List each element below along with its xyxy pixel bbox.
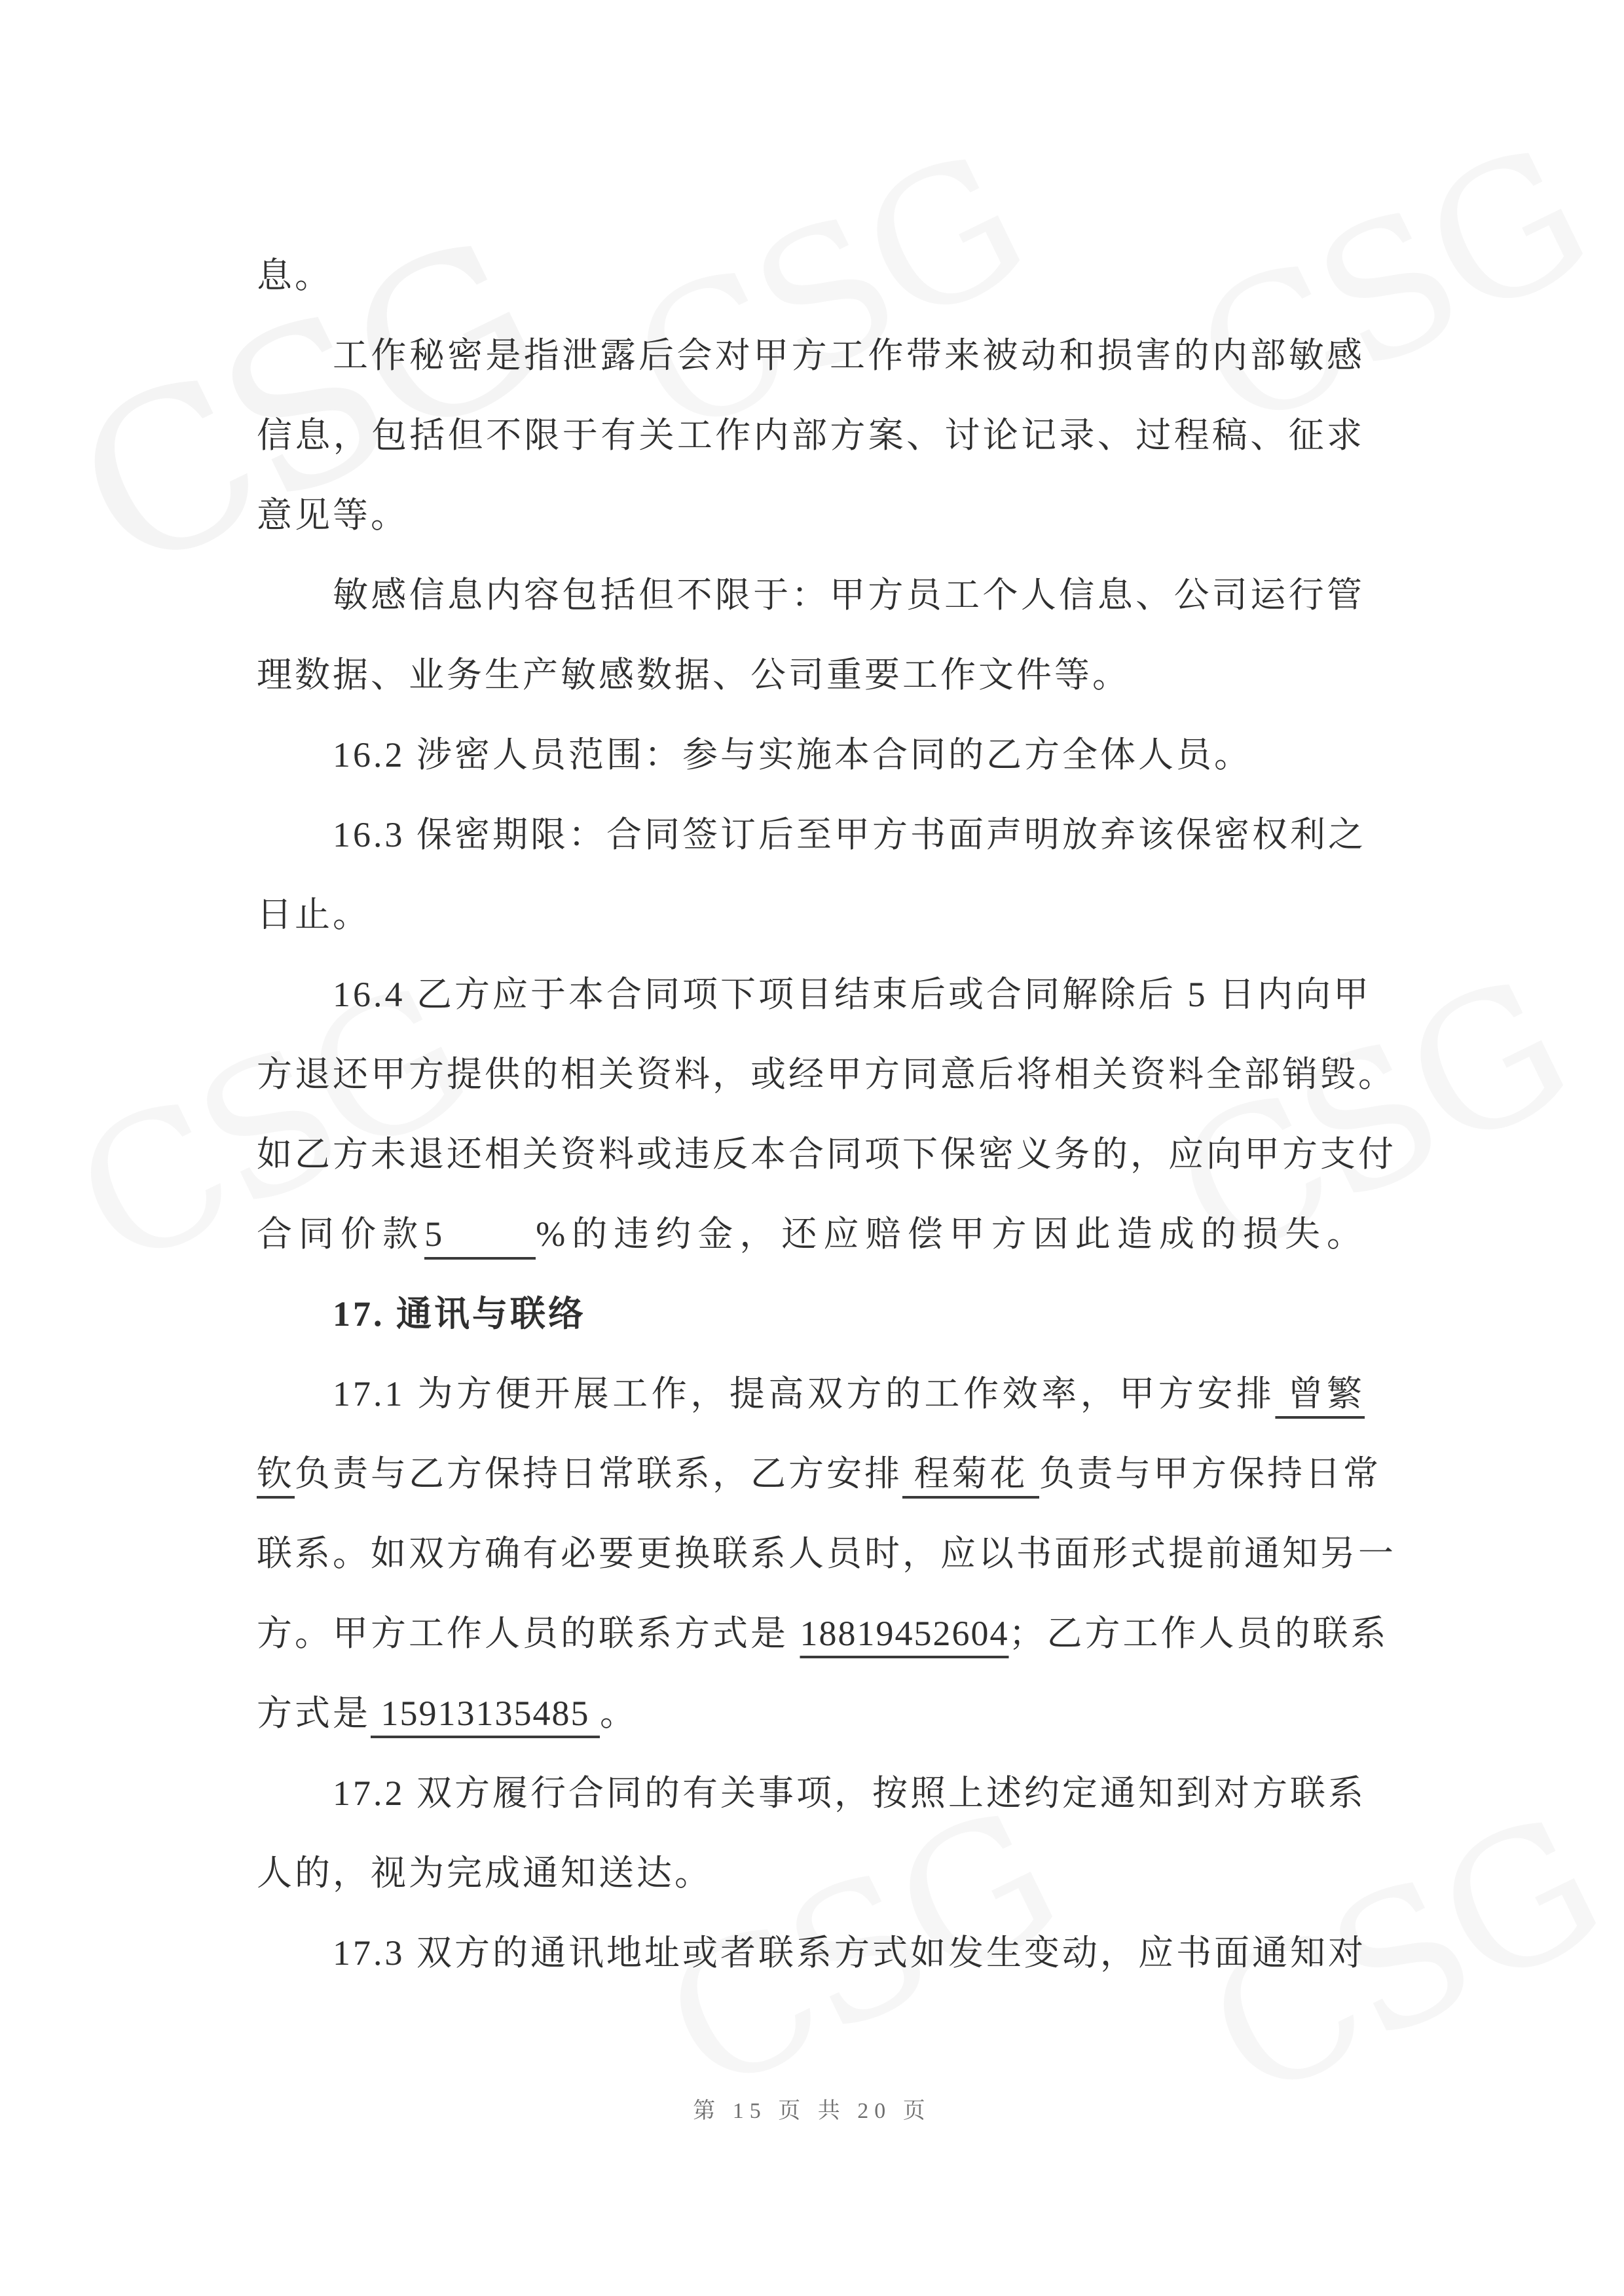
text-line: 方退还甲方提供的相关资料，或经甲方同意后将相关资料全部销毁。: [257, 1034, 1365, 1114]
text-line: 17. 通讯与联络: [257, 1274, 1365, 1354]
fill-in-value: 钦: [257, 1454, 295, 1493]
fill-in-value: 15913135485: [371, 1694, 600, 1733]
text-line: 敏感信息内容包括但不限于：甲方员工个人信息、公司运行管: [257, 555, 1365, 635]
text-segment: %的违约金，还应赔偿甲方因此造成的损失。: [536, 1214, 1365, 1254]
fill-in-value: 18819452604: [800, 1614, 1009, 1653]
text-segment: 负责与乙方保持日常联系，乙方安排: [295, 1454, 902, 1493]
text-line: 16.4 乙方应于本合同项下项目结束后或合同解除后 5 日内向甲: [257, 955, 1365, 1034]
text-segment: 联系。如双方确有必要更换联系人员时，应以书面形式提前通知另一: [257, 1534, 1396, 1573]
text-line: 16.3 保密期限：合同签订后至甲方书面声明放弃该保密权利之: [257, 795, 1365, 875]
text-segment: 16.3 保密期限：合同签订后至甲方书面声明放弃该保密权利之: [333, 815, 1366, 854]
text-line: 人的，视为完成通知送达。: [257, 1833, 1365, 1913]
text-line: 信息，包括但不限于有关工作内部方案、讨论记录、过程稿、征求: [257, 395, 1365, 475]
text-segment: 息。: [257, 256, 333, 295]
text-line: 理数据、业务生产敏感数据、公司重要工作文件等。: [257, 635, 1365, 715]
page-number-footer: 第 15 页 共 20 页: [0, 2092, 1624, 2124]
text-segment: 方式是: [257, 1694, 371, 1733]
text-line: 意见等。: [257, 475, 1365, 555]
text-segment: ；乙方工作人员的联系: [1009, 1614, 1389, 1653]
text-line: 17.2 双方履行合同的有关事项，按照上述约定通知到对方联系: [257, 1753, 1365, 1833]
text-segment: 理数据、业务生产敏感数据、公司重要工作文件等。: [257, 655, 1130, 695]
text-segment: 16.2 涉密人员范围：参与实施本合同的乙方全体人员。: [333, 735, 1252, 774]
text-segment: 。: [600, 1694, 638, 1733]
text-line: 16.2 涉密人员范围：参与实施本合同的乙方全体人员。: [257, 715, 1365, 795]
text-segment: 17.2 双方履行合同的有关事项，按照上述约定通知到对方联系: [333, 1774, 1366, 1813]
text-segment: 负责与甲方保持日常: [1039, 1454, 1381, 1493]
text-segment: 如乙方未退还相关资料或违反本合同项下保密义务的，应向甲方支付: [257, 1135, 1396, 1174]
text-segment: 人的，视为完成通知送达。: [257, 1853, 712, 1893]
text-segment: 工作秘密是指泄露后会对甲方工作带来被动和损害的内部敏感: [333, 336, 1365, 375]
contract-page: { "watermark": { "text": "CSG" }, "doc":…: [0, 0, 1624, 2296]
text-line: 钦负责与乙方保持日常联系，乙方安排 程菊花 负责与甲方保持日常: [257, 1434, 1365, 1514]
fill-in-value: 5: [424, 1211, 536, 1260]
text-segment: 17. 通讯与联络: [333, 1294, 586, 1334]
text-segment: 16.4 乙方应于本合同项下项目结束后或合同解除后 5 日内向甲: [333, 975, 1371, 1014]
text-line: 17.1 为方便开展工作，提高双方的工作效率，甲方安排 曾繁: [257, 1354, 1365, 1434]
text-line: 如乙方未退还相关资料或违反本合同项下保密义务的，应向甲方支付: [257, 1114, 1365, 1194]
text-line: 方式是 15913135485 。: [257, 1673, 1365, 1753]
text-line: 17.3 双方的通讯地址或者联系方式如发生变动，应书面通知对: [257, 1913, 1365, 1993]
text-segment: 信息，包括但不限于有关工作内部方案、讨论记录、过程稿、征求: [257, 416, 1365, 455]
text-segment: 方退还甲方提供的相关资料，或经甲方同意后将相关资料全部销毁。: [257, 1055, 1396, 1094]
text-line: 息。: [257, 236, 1365, 316]
fill-in-value: 曾繁: [1275, 1374, 1365, 1413]
text-segment: 合同价款: [257, 1214, 424, 1254]
text-segment: 意见等。: [257, 496, 409, 535]
text-line: 方。甲方工作人员的联系方式是 18819452604；乙方工作人员的联系: [257, 1594, 1365, 1673]
contract-body: 息。工作秘密是指泄露后会对甲方工作带来被动和损害的内部敏感信息，包括但不限于有关…: [257, 236, 1365, 1993]
text-segment: 方。甲方工作人员的联系方式是: [257, 1614, 800, 1653]
text-line: 合同价款5%的违约金，还应赔偿甲方因此造成的损失。: [257, 1194, 1365, 1274]
text-segment: 敏感信息内容包括但不限于：甲方员工个人信息、公司运行管: [333, 575, 1365, 615]
text-line: 日止。: [257, 875, 1365, 955]
text-line: 联系。如双方确有必要更换联系人员时，应以书面形式提前通知另一: [257, 1514, 1365, 1594]
fill-in-value: 程菊花: [902, 1454, 1039, 1493]
text-line: 工作秘密是指泄露后会对甲方工作带来被动和损害的内部敏感: [257, 316, 1365, 395]
text-segment: 17.3 双方的通讯地址或者联系方式如发生变动，应书面通知对: [333, 1933, 1366, 1973]
text-segment: 日止。: [257, 895, 371, 934]
text-segment: 17.1 为方便开展工作，提高双方的工作效率，甲方安排: [333, 1374, 1275, 1413]
